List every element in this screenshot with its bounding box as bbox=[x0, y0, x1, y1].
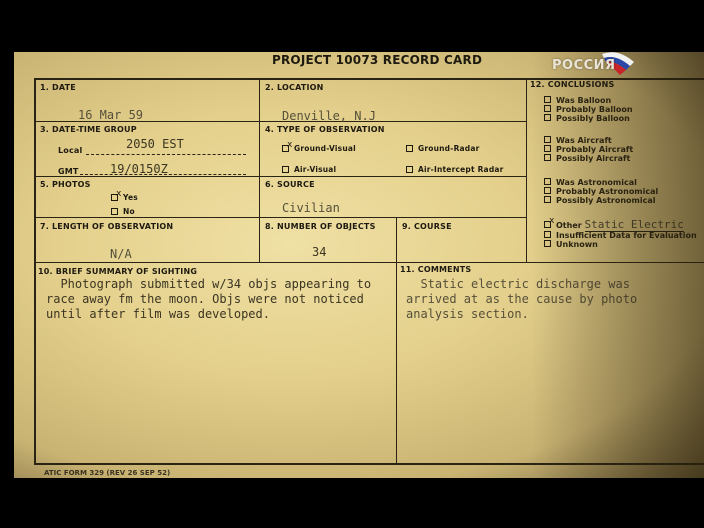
brief-summary-line-3: until after film was developed. bbox=[46, 307, 270, 321]
checkbox-icon bbox=[544, 178, 551, 185]
card-title: PROJECT 10073 RECORD CARD bbox=[272, 53, 482, 67]
brief-summary-label: 10. BRIEF SUMMARY OF SIGHTING bbox=[38, 267, 197, 276]
divider-h2 bbox=[34, 176, 526, 177]
date-label: 1. DATE bbox=[40, 83, 76, 92]
comments-label: 11. COMMENTS bbox=[400, 265, 471, 274]
checkbox-icon bbox=[544, 145, 551, 152]
conclusion-probably-aircraft[interactable]: Probably Aircraft bbox=[544, 145, 633, 154]
location-value: Denville, N.J bbox=[282, 109, 376, 123]
conclusion-other[interactable]: Other Static Electric bbox=[544, 218, 697, 231]
comments-line-1: Static electric discharge was bbox=[406, 277, 630, 291]
checkbox-checked-icon bbox=[282, 145, 289, 152]
checkbox-checked-icon bbox=[544, 221, 551, 228]
divider-h3 bbox=[34, 217, 526, 218]
divider-v1 bbox=[259, 78, 260, 263]
option-ground-visual[interactable]: Ground-Visual bbox=[282, 144, 356, 153]
checkbox-icon bbox=[406, 145, 413, 152]
comments-line-2: arrived at as the cause by photo bbox=[406, 292, 637, 306]
photos-option-yes[interactable]: Yes bbox=[111, 193, 138, 202]
course-label: 9. COURSE bbox=[402, 222, 452, 231]
conclusions-group-aircraft: Was Aircraft Probably Aircraft Possibly … bbox=[544, 136, 633, 163]
gmt-time-value: 19/0150Z bbox=[110, 162, 168, 176]
length-of-observation-value: N/A bbox=[110, 247, 132, 261]
option-air-visual[interactable]: Air-Visual bbox=[282, 165, 336, 174]
frame-left bbox=[34, 78, 36, 464]
source-value: Civilian bbox=[282, 201, 340, 215]
local-label: Local bbox=[58, 146, 82, 155]
divider-v3 bbox=[396, 217, 397, 463]
option-ground-radar[interactable]: Ground-Radar bbox=[406, 144, 480, 153]
checkbox-icon bbox=[544, 136, 551, 143]
conclusion-probably-balloon[interactable]: Probably Balloon bbox=[544, 105, 633, 114]
conclusion-unknown[interactable]: Unknown bbox=[544, 240, 697, 249]
comments-line-3: analysis section. bbox=[406, 307, 529, 321]
frame-bottom bbox=[34, 463, 704, 465]
brief-summary-line-1: Photograph submitted w/34 objs appearing… bbox=[46, 277, 371, 291]
channel-logo: РОССИЯ bbox=[552, 58, 616, 73]
checkbox-icon bbox=[544, 240, 551, 247]
checkbox-icon bbox=[544, 154, 551, 161]
date-time-group-label: 3. DATE-TIME GROUP bbox=[40, 125, 137, 134]
number-of-objects-label: 8. NUMBER OF OBJECTS bbox=[265, 222, 376, 231]
conclusion-was-astronomical[interactable]: Was Astronomical bbox=[544, 178, 658, 187]
conclusion-possibly-aircraft[interactable]: Possibly Aircraft bbox=[544, 154, 633, 163]
conclusion-probably-astronomical[interactable]: Probably Astronomical bbox=[544, 187, 658, 196]
checkbox-icon bbox=[282, 166, 289, 173]
checkbox-icon bbox=[544, 196, 551, 203]
brief-summary-line-2: race away fm the moon. Objs were not not… bbox=[46, 292, 364, 306]
photos-label: 5. PHOTOS bbox=[40, 180, 91, 189]
gmt-label: GMT bbox=[58, 167, 79, 176]
checkbox-icon bbox=[111, 208, 118, 215]
conclusions-group-astronomical: Was Astronomical Probably Astronomical P… bbox=[544, 178, 658, 205]
length-of-observation-label: 7. LENGTH OF OBSERVATION bbox=[40, 222, 173, 231]
conclusion-possibly-balloon[interactable]: Possibly Balloon bbox=[544, 114, 633, 123]
type-of-observation-label: 4. TYPE OF OBSERVATION bbox=[265, 125, 385, 134]
location-label: 2. LOCATION bbox=[265, 83, 324, 92]
checkbox-icon bbox=[544, 96, 551, 103]
record-card: PROJECT 10073 RECORD CARD 1. DATE 16 Mar… bbox=[14, 52, 704, 478]
form-number-footer: ATIC FORM 329 (REV 26 SEP 52) bbox=[44, 469, 170, 477]
local-underline bbox=[86, 154, 246, 155]
local-time-value: 2050 EST bbox=[126, 137, 184, 151]
option-air-intercept-radar[interactable]: Air-Intercept Radar bbox=[406, 165, 504, 174]
conclusions-group-balloon: Was Balloon Probably Balloon Possibly Ba… bbox=[544, 96, 633, 123]
number-of-objects-value: 34 bbox=[312, 245, 326, 259]
checkbox-icon bbox=[406, 166, 413, 173]
conclusion-possibly-astronomical[interactable]: Possibly Astronomical bbox=[544, 196, 658, 205]
date-value: 16 Mar 59 bbox=[78, 108, 143, 122]
conclusion-other-value: Static Electric bbox=[585, 218, 684, 232]
checkbox-icon bbox=[544, 231, 551, 238]
conclusion-was-aircraft[interactable]: Was Aircraft bbox=[544, 136, 633, 145]
divider-h4 bbox=[34, 262, 704, 263]
checkbox-checked-icon bbox=[111, 194, 118, 201]
source-label: 6. SOURCE bbox=[265, 180, 315, 189]
divider-v2 bbox=[526, 78, 527, 263]
checkbox-icon bbox=[544, 114, 551, 121]
checkbox-icon bbox=[544, 187, 551, 194]
conclusion-insufficient-data[interactable]: Insufficient Data for Evaluation bbox=[544, 231, 697, 240]
conclusion-was-balloon[interactable]: Was Balloon bbox=[544, 96, 633, 105]
checkbox-icon bbox=[544, 105, 551, 112]
conclusions-group-other: Other Static Electric Insufficient Data … bbox=[544, 218, 697, 249]
photos-option-no[interactable]: No bbox=[111, 207, 135, 216]
conclusions-label: 12. CONCLUSIONS bbox=[530, 80, 615, 89]
